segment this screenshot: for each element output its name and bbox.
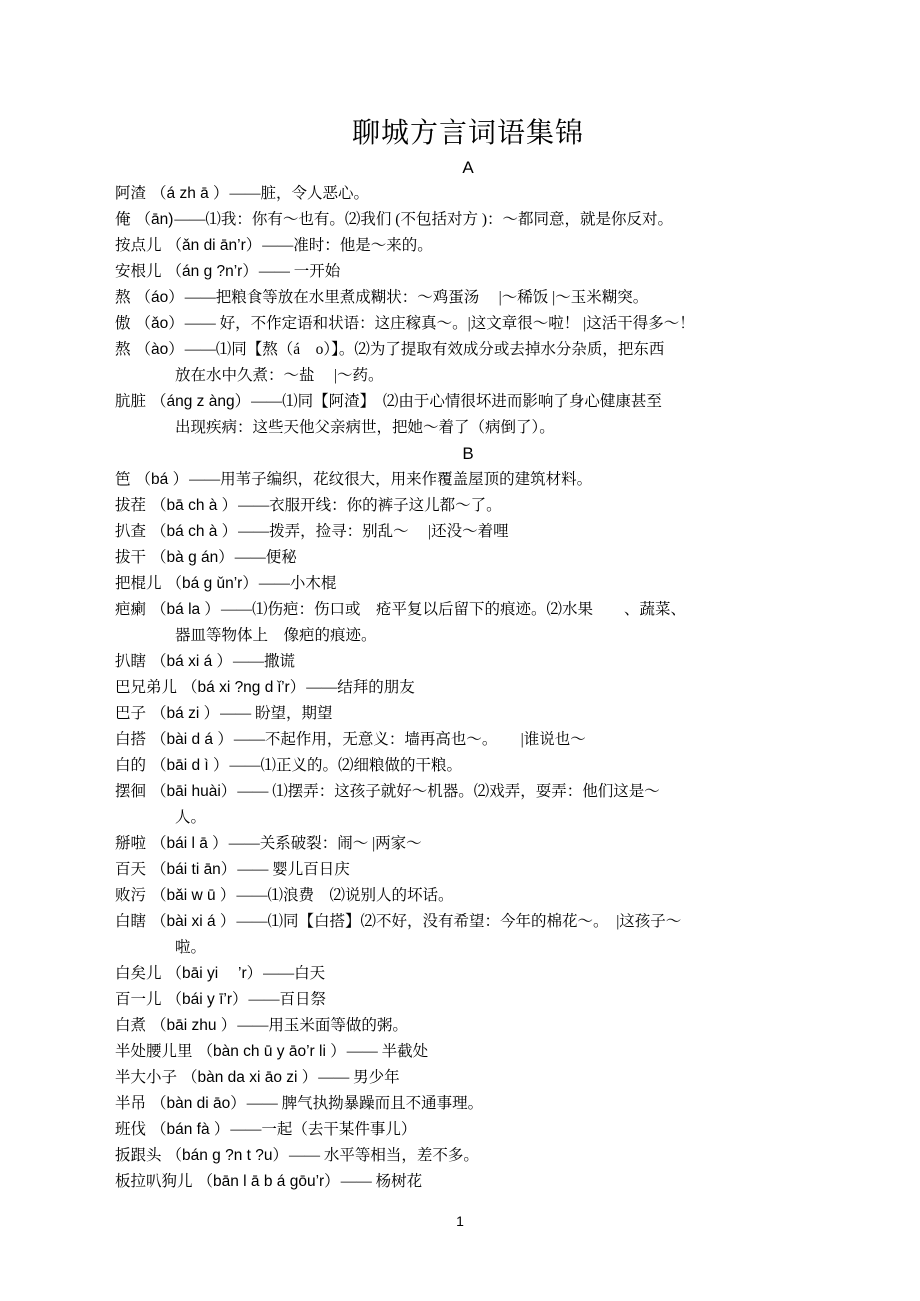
- entry-term: 白矣儿: [115, 965, 162, 982]
- dict-entry: 百一儿（bái y ī’r）——百日祭: [115, 987, 821, 1013]
- page-number: 1: [0, 1213, 920, 1229]
- entry-term: 俺: [115, 211, 131, 228]
- entry-definition: ——⑴同【白搭】⑵不好，没有希望：今年的棉花～。 |这孩子～: [236, 913, 681, 930]
- entry-pinyin: （bài xi á ）: [151, 913, 235, 930]
- dict-entry: 掰啦（bái l ā ）——关系破裂：闹～ |两家～: [115, 831, 821, 857]
- entry-pinyin: （ǎn di ān’r）: [167, 237, 262, 254]
- entry-term: 白煮: [115, 1017, 146, 1034]
- entry-pinyin: （bāi yi ’r）: [167, 965, 263, 982]
- entry-term: 笆: [115, 471, 131, 488]
- section-A: A阿渣（á zh ā ）——脏，令人恶心。俺（ān)——⑴我：你有～也有。⑵我们…: [115, 155, 821, 441]
- entry-term: 按点儿: [115, 237, 162, 254]
- entry-pinyin: （bá la ）: [151, 601, 220, 618]
- entry-line: 败污（bǎi w ū ）——⑴浪费 ⑵说别人的坏话。: [115, 883, 821, 909]
- entry-pinyin: （bán fà ）: [151, 1121, 229, 1138]
- dict-entry: 败污（bǎi w ū ）——⑴浪费 ⑵说别人的坏话。: [115, 883, 821, 909]
- entry-definition: —— 好，不作定语和状语：这庄稼真～。|这文章很～啦！ |这活干得多～！: [185, 315, 695, 332]
- dict-entry: 巴兄弟儿（bá xi ?ng d ǐ’r）——结拜的朋友: [115, 675, 821, 701]
- entry-term: 熬: [115, 289, 131, 306]
- entry-pinyin: （ǎo）: [136, 315, 184, 332]
- dict-entry: 傲（ǎo）—— 好，不作定语和状语：这庄稼真～。|这文章很～啦！ |这活干得多～…: [115, 311, 821, 337]
- entry-term: 掰啦: [115, 835, 146, 852]
- dict-entry: 按点儿（ǎn di ān’r）——准时：他是～来的。: [115, 233, 821, 259]
- entry-pinyin: （bá g ǔn’r）: [167, 575, 258, 592]
- entry-pinyin: （bái y ī’r）: [167, 991, 248, 1008]
- dict-entry: 俺（ān)——⑴我：你有～也有。⑵我们 (不包括对方 )：～都同意，就是你反对。: [115, 207, 821, 233]
- entry-definition: ——⑴同【熬（á o）】。⑵为了提取有效成分或去掉水分杂质，把东西: [185, 341, 665, 358]
- entry-term: 半吊: [115, 1095, 146, 1112]
- entry-definition: ——⑴我：你有～也有。⑵我们 (不包括对方 )：～都同意，就是你反对。: [174, 211, 673, 228]
- entry-term: 拔干: [115, 549, 146, 566]
- entry-term: 拔茬: [115, 497, 146, 514]
- entry-term: 阿渣: [115, 185, 146, 202]
- entry-line: 班伐（bán fà ）——一起（去干某件事儿）: [115, 1117, 821, 1143]
- entry-line: 半吊（bàn di āo）—— 脾气执拗暴躁而且不通事理。: [115, 1091, 821, 1117]
- entry-line: 白的（bāi d ì ）——⑴正义的。⑵细粮做的干粮。: [115, 753, 821, 779]
- section-letter: B: [115, 441, 821, 467]
- entry-line: 俺（ān)——⑴我：你有～也有。⑵我们 (不包括对方 )：～都同意，就是你反对。: [115, 207, 821, 233]
- entry-term: 扒瞎: [115, 653, 146, 670]
- dict-entry: 摆徊（bāi huài）—— ⑴摆弄：这孩子就好～机器。⑵戏弄，耍弄：他们这是～…: [115, 779, 821, 831]
- entry-pinyin: （bān l ā b á gōu’r）: [198, 1173, 340, 1190]
- entry-term: 白搭: [115, 731, 146, 748]
- document-title: 聊城方言词语集锦: [115, 117, 821, 150]
- entry-pinyin: （bāi zhu ）: [151, 1017, 236, 1034]
- entry-definition: ——白天: [263, 965, 325, 982]
- dict-entry: 半大小子（bàn da xi āo zi ）—— 男少年: [115, 1065, 821, 1091]
- document-page: 聊城方言词语集锦 A阿渣（á zh ā ）——脏，令人恶心。俺（ān)——⑴我：…: [0, 0, 920, 1301]
- entry-definition: —— 婴儿百日庆: [237, 861, 349, 878]
- entry-term: 板拉叭狗儿: [115, 1173, 193, 1190]
- entry-term: 疤瘌: [115, 601, 146, 618]
- entry-line: 百天（bái ti ān）—— 婴儿百日庆: [115, 857, 821, 883]
- entry-line: 扳跟头（bán g ?n t ?u）—— 水平等相当，差不多。: [115, 1143, 821, 1169]
- entry-definition: —— 盼望，期望: [220, 705, 332, 722]
- dict-entry: 巴子（bá zi ）—— 盼望，期望: [115, 701, 821, 727]
- dict-entry: 疤瘌（bá la ）——⑴伤疤：伤口或 疮平复以后留下的痕迹。⑵水果 、蔬菜、器…: [115, 597, 821, 649]
- entry-line: 按点儿（ǎn di ān’r）——准时：他是～来的。: [115, 233, 821, 259]
- entry-definition: ——百日祭: [248, 991, 326, 1008]
- entry-definition: ——脏，令人恶心。: [230, 185, 370, 202]
- dict-entry: 半吊（bàn di āo）—— 脾气执拗暴躁而且不通事理。: [115, 1091, 821, 1117]
- dict-entry: 笆（bá ）——用苇子编织，花纹很大，用来作覆盖屋顶的建筑材料。: [115, 467, 821, 493]
- entry-line: 巴子（bá zi ）—— 盼望，期望: [115, 701, 821, 727]
- entry-definition: ——一起（去干某件事儿）: [230, 1121, 416, 1138]
- entry-definition-continuation: 啦。: [115, 935, 821, 961]
- entry-term: 巴兄弟儿: [115, 679, 177, 696]
- entry-line: 扒瞎（bá xi á ）——撒谎: [115, 649, 821, 675]
- entry-definition: ——用苇子编织，花纹很大，用来作覆盖屋顶的建筑材料。: [189, 471, 592, 488]
- entry-definition: ——⑴正义的。⑵细粮做的干粮。: [230, 757, 463, 774]
- entry-line: 巴兄弟儿（bá xi ?ng d ǐ’r）——结拜的朋友: [115, 675, 821, 701]
- entry-definition: ——⑴伤疤：伤口或 疮平复以后留下的痕迹。⑵水果 、蔬菜、: [221, 601, 686, 618]
- entry-line: 阿渣（á zh ā ）——脏，令人恶心。: [115, 181, 821, 207]
- dict-entry: 安根儿（án g ?n’r）—— 一开始: [115, 259, 821, 285]
- dict-entry: 扳跟头（bán g ?n t ?u）—— 水平等相当，差不多。: [115, 1143, 821, 1169]
- entry-pinyin: （áo）: [136, 289, 184, 306]
- entry-pinyin: （bá xi á ）: [151, 653, 232, 670]
- entry-term: 败污: [115, 887, 146, 904]
- entry-definition: —— 水平等相当，差不多。: [289, 1147, 479, 1164]
- entry-term: 白的: [115, 757, 146, 774]
- dict-entry: 半处腰儿里（bàn ch ū y āo’r li ）—— 半截处: [115, 1039, 821, 1065]
- entry-definition-continuation: 出现疾病：这些天他父亲病世，把她～着了（病倒了）。: [115, 415, 821, 441]
- entry-line: 扒查（bá ch à ）——拨弄，捡寻：别乱～ |还没～着哩: [115, 519, 821, 545]
- entry-line: 白矣儿（bāi yi ’r）——白天: [115, 961, 821, 987]
- entry-pinyin: （bàn da xi āo zi ）: [182, 1069, 317, 1086]
- entry-line: 熬（ào）——⑴同【熬（á o）】。⑵为了提取有效成分或去掉水分杂质，把东西: [115, 337, 821, 363]
- entry-line: 板拉叭狗儿（bān l ā b á gōu’r）—— 杨树花: [115, 1169, 821, 1195]
- section-B: B笆（bá ）——用苇子编织，花纹很大，用来作覆盖屋顶的建筑材料。拔茬（bā c…: [115, 441, 821, 1195]
- dict-entry: 白矣儿（bāi yi ’r）——白天: [115, 961, 821, 987]
- section-letter: A: [115, 155, 821, 181]
- entry-definition: ——⑴同【阿渣】 ⑵由于心情很坏进而影响了身心健康甚至: [251, 393, 662, 410]
- entry-line: 笆（bá ）——用苇子编织，花纹很大，用来作覆盖屋顶的建筑材料。: [115, 467, 821, 493]
- entry-line: 安根儿（án g ?n’r）—— 一开始: [115, 259, 821, 285]
- entry-pinyin: （bāi huài）: [151, 783, 236, 800]
- entry-pinyin: （ào）: [136, 341, 184, 358]
- entry-term: 熬: [115, 341, 131, 358]
- entry-definition: ——撒谎: [233, 653, 295, 670]
- entry-line: 白瞎（bài xi á ）——⑴同【白搭】⑵不好，没有希望：今年的棉花～。 |这…: [115, 909, 821, 935]
- entry-line: 把棍儿（bá g ǔn’r）——小木棍: [115, 571, 821, 597]
- entry-term: 半处腰儿里: [115, 1043, 193, 1060]
- entry-definition: ——准时：他是～来的。: [262, 237, 433, 254]
- entry-definition: ——用玉米面等做的粥。: [237, 1017, 408, 1034]
- entry-line: 百一儿（bái y ī’r）——百日祭: [115, 987, 821, 1013]
- entry-term: 安根儿: [115, 263, 162, 280]
- entry-line: 疤瘌（bá la ）——⑴伤疤：伤口或 疮平复以后留下的痕迹。⑵水果 、蔬菜、: [115, 597, 821, 623]
- entry-pinyin: （bā ch à ）: [151, 497, 237, 514]
- dict-entry: 阿渣（á zh ā ）——脏，令人恶心。: [115, 181, 821, 207]
- entry-pinyin: （án g ?n’r）: [167, 263, 258, 280]
- entry-term: 把棍儿: [115, 575, 162, 592]
- entry-definition-continuation: 放在水中久煮：～盐 |～药。: [115, 363, 821, 389]
- entry-term: 百一儿: [115, 991, 162, 1008]
- entry-definition: ——便秘: [235, 549, 297, 566]
- entry-term: 肮脏: [115, 393, 146, 410]
- entry-pinyin: （bàn ch ū y āo’r li ）: [198, 1043, 346, 1060]
- entry-definition: —— 杨树花: [341, 1173, 422, 1190]
- entry-term: 半大小子: [115, 1069, 177, 1086]
- entry-definition: —— ⑴摆弄：这孩子就好～机器。⑵戏弄，耍弄：他们这是～: [237, 783, 659, 800]
- entry-line: 白搭（bài d á ）——不起作用，无意义：墙再高也～。 |谁说也～: [115, 727, 821, 753]
- entry-term: 扳跟头: [115, 1147, 162, 1164]
- entry-pinyin: （áng z àng）: [151, 393, 250, 410]
- entry-definition: —— 半截处: [347, 1043, 428, 1060]
- document-content: 聊城方言词语集锦 A阿渣（á zh ā ）——脏，令人恶心。俺（ān)——⑴我：…: [115, 117, 821, 1195]
- dict-entry: 拔干（bà g án）——便秘: [115, 545, 821, 571]
- entry-line: 肮脏（áng z àng）——⑴同【阿渣】 ⑵由于心情很坏进而影响了身心健康甚至: [115, 389, 821, 415]
- entry-definition: ——把粮食等放在水里煮成糊状：～鸡蛋汤 |～稀饭 |～玉米糊突。: [185, 289, 648, 306]
- dict-entry: 肮脏（áng z àng）——⑴同【阿渣】 ⑵由于心情很坏进而影响了身心健康甚至…: [115, 389, 821, 441]
- entry-term: 白瞎: [115, 913, 146, 930]
- entry-pinyin: （bán g ?n t ?u）: [167, 1147, 289, 1164]
- entry-line: 摆徊（bāi huài）—— ⑴摆弄：这孩子就好～机器。⑵戏弄，耍弄：他们这是～: [115, 779, 821, 805]
- entry-pinyin: （bà g án）: [151, 549, 234, 566]
- dict-entry: 把棍儿（bá g ǔn’r）——小木棍: [115, 571, 821, 597]
- entry-term: 扒查: [115, 523, 146, 540]
- entry-line: 掰啦（bái l ā ）——关系破裂：闹～ |两家～: [115, 831, 821, 857]
- entry-definition: ——结拜的朋友: [306, 679, 415, 696]
- entry-pinyin: （bá xi ?ng d ǐ’r）: [182, 679, 305, 696]
- entry-definition: ——关系破裂：闹～ |两家～: [229, 835, 422, 852]
- entry-term: 班伐: [115, 1121, 146, 1138]
- entry-definition-continuation: 人。: [115, 805, 821, 831]
- entry-pinyin: （á zh ā ）: [151, 185, 229, 202]
- entry-line: 傲（ǎo）—— 好，不作定语和状语：这庄稼真～。|这文章很～啦！ |这活干得多～…: [115, 311, 821, 337]
- entry-line: 半大小子（bàn da xi āo zi ）—— 男少年: [115, 1065, 821, 1091]
- dict-entry: 白的（bāi d ì ）——⑴正义的。⑵细粮做的干粮。: [115, 753, 821, 779]
- dict-entry: 熬（ào）——⑴同【熬（á o）】。⑵为了提取有效成分或去掉水分杂质，把东西放在…: [115, 337, 821, 389]
- entry-definition: ——衣服开线：你的裤子这儿都～了。: [238, 497, 502, 514]
- entry-pinyin: （bāi d ì ）: [151, 757, 229, 774]
- dict-entry: 扒查（bá ch à ）——拨弄，捡寻：别乱～ |还没～着哩: [115, 519, 821, 545]
- dict-entry: 百天（bái ti ān）—— 婴儿百日庆: [115, 857, 821, 883]
- entry-line: 熬（áo）——把粮食等放在水里煮成糊状：～鸡蛋汤 |～稀饭 |～玉米糊突。: [115, 285, 821, 311]
- entry-definition-continuation: 器皿等物体上 像疤的痕迹。: [115, 623, 821, 649]
- entry-pinyin: （bá ）: [136, 471, 189, 488]
- entry-line: 半处腰儿里（bàn ch ū y āo’r li ）—— 半截处: [115, 1039, 821, 1065]
- dict-entry: 白瞎（bài xi á ）——⑴同【白搭】⑵不好，没有希望：今年的棉花～。 |这…: [115, 909, 821, 961]
- dict-entry: 拔茬（bā ch à ）——衣服开线：你的裤子这儿都～了。: [115, 493, 821, 519]
- entry-term: 摆徊: [115, 783, 146, 800]
- entry-term: 巴子: [115, 705, 146, 722]
- entry-pinyin: （bǎi w ū ）: [151, 887, 235, 904]
- dict-entry: 板拉叭狗儿（bān l ā b á gōu’r）—— 杨树花: [115, 1169, 821, 1195]
- entry-line: 白煮（bāi zhu ）——用玉米面等做的粥。: [115, 1013, 821, 1039]
- entry-definition: ——拨弄，捡寻：别乱～ |还没～着哩: [238, 523, 508, 540]
- entry-pinyin: （bái ti ān）: [151, 861, 236, 878]
- entry-term: 百天: [115, 861, 146, 878]
- entry-definition: —— 一开始: [259, 263, 340, 280]
- dict-entry: 班伐（bán fà ）——一起（去干某件事儿）: [115, 1117, 821, 1143]
- dict-entry: 熬（áo）——把粮食等放在水里煮成糊状：～鸡蛋汤 |～稀饭 |～玉米糊突。: [115, 285, 821, 311]
- entry-pinyin: （bá ch à ）: [151, 523, 237, 540]
- entry-definition: ——不起作用，无意义：墙再高也～。 |谁说也～: [234, 731, 586, 748]
- entry-line: 拔茬（bā ch à ）——衣服开线：你的裤子这儿都～了。: [115, 493, 821, 519]
- sections-container: A阿渣（á zh ā ）——脏，令人恶心。俺（ān)——⑴我：你有～也有。⑵我们…: [115, 155, 821, 1195]
- dict-entry: 白煮（bāi zhu ）——用玉米面等做的粥。: [115, 1013, 821, 1039]
- entry-definition: ——小木棍: [259, 575, 337, 592]
- entry-pinyin: （bá zi ）: [151, 705, 219, 722]
- entry-definition: —— 脾气执拗暴躁而且不通事理。: [247, 1095, 483, 1112]
- entry-pinyin: （ān): [136, 211, 174, 228]
- entry-term: 傲: [115, 315, 131, 332]
- entry-pinyin: （bái l ā ）: [151, 835, 228, 852]
- entry-definition: ——⑴浪费 ⑵说别人的坏话。: [236, 887, 453, 904]
- dict-entry: 白搭（bài d á ）——不起作用，无意义：墙再高也～。 |谁说也～: [115, 727, 821, 753]
- entry-definition: —— 男少年: [318, 1069, 399, 1086]
- dict-entry: 扒瞎（bá xi á ）——撒谎: [115, 649, 821, 675]
- entry-pinyin: （bài d á ）: [151, 731, 233, 748]
- entry-line: 拔干（bà g án）——便秘: [115, 545, 821, 571]
- entry-pinyin: （bàn di āo）: [151, 1095, 246, 1112]
